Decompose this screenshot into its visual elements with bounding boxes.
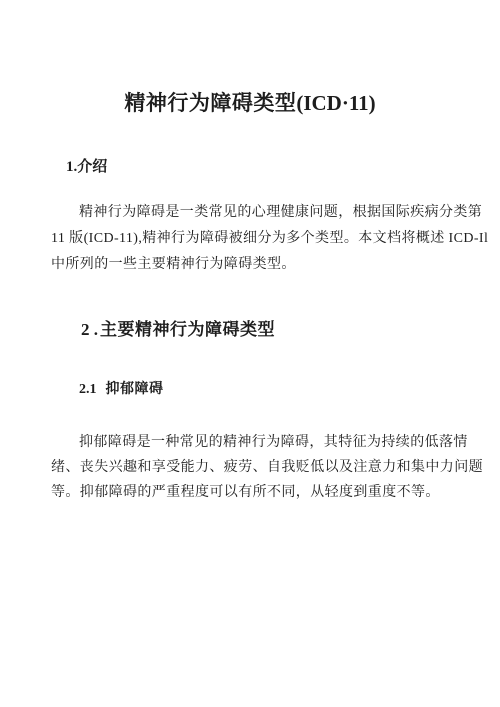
- section-2-1-number: 2.1: [79, 382, 97, 397]
- intro-paragraph-line-3: 中所列的一些主要精神行为障碍类型。: [51, 252, 451, 278]
- intro-paragraph-line-2: 11 版(ICD-11),精神行为障碍被细分为多个类型。本文档将概述 ICD-I…: [51, 226, 451, 252]
- section-2-number: 2 .: [81, 320, 98, 339]
- document-page: 精神行为障碍类型(ICD·11) 1.介绍 精神行为障碍是一类常见的心理健康问题…: [0, 0, 500, 707]
- depression-paragraph-line-3: 等。抑郁障碍的严重程度可以有所不同，从轻度到重度不等。: [51, 480, 451, 505]
- depression-paragraph-line-1: 抑郁障碍是一种常见的精神行为障碍，其特征为持续的低落情: [51, 430, 451, 455]
- section-1-title: 介绍: [77, 158, 107, 175]
- section-2-1-heading: 2.1抑郁障碍: [79, 378, 164, 398]
- section-2-1-title: 抑郁障碍: [106, 380, 164, 396]
- intro-paragraph-line-1: 精神行为障碍是一类常见的心理健康问题，根据国际疾病分类第: [51, 200, 451, 226]
- depression-paragraph-line-2: 绪、丧失兴趣和享受能力、疲劳、自我贬低以及注意力和集中力问题: [51, 455, 451, 480]
- section-2-heading: 2 .主要精神行为障碍类型: [81, 315, 275, 340]
- section-1-number: 1.: [66, 159, 77, 175]
- section-2-title: 主要精神行为障碍类型: [100, 320, 275, 339]
- section-1-heading: 1.介绍: [66, 155, 107, 176]
- document-title-latin: (ICD·11): [296, 91, 375, 115]
- depression-paragraph: 抑郁障碍是一种常见的精神行为障碍，其特征为持续的低落情 绪、丧失兴趣和享受能力、…: [51, 430, 451, 505]
- document-title: 精神行为障碍类型(ICD·11): [0, 90, 500, 117]
- intro-paragraph: 精神行为障碍是一类常见的心理健康问题，根据国际疾病分类第 11 版(ICD-11…: [51, 200, 451, 278]
- document-title-chinese: 精神行为障碍类型: [124, 92, 296, 115]
